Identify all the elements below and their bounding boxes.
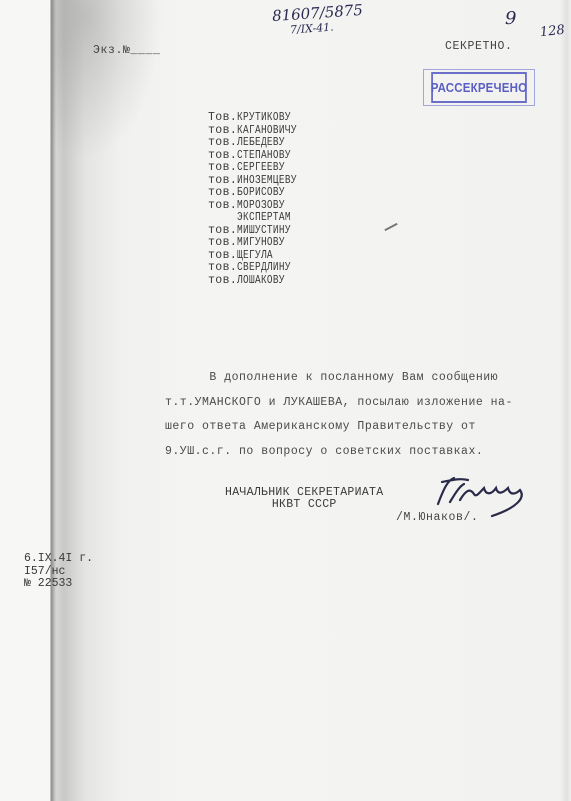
recipient-prefix: тов. <box>208 224 237 237</box>
recipient-row: тов.ЛОШАКОВУ <box>208 275 310 288</box>
recipient-name: ЛОШАКОВУ <box>237 275 285 288</box>
signatory-title: НАЧАЛЬНИК СЕКРЕТАРИАТА НКВТ СССР <box>225 487 383 511</box>
scan-shadow <box>52 0 162 160</box>
footer-number: № 22533 <box>24 578 93 591</box>
classification-label: СЕКРЕТНО. <box>445 40 513 53</box>
recipient-prefix: тов. <box>208 149 237 162</box>
recipient-prefix: тов. <box>208 261 237 274</box>
recipient-prefix: тов. <box>208 236 237 249</box>
recipient-prefix: тов. <box>208 186 237 199</box>
body-line: т.т.УМАНСКОГО и ЛУКАШЕВА, посылаю изложе… <box>165 391 513 416</box>
recipient-prefix: тов. <box>208 136 237 149</box>
recipient-prefix: тов. <box>208 124 237 137</box>
recipient-prefix: тов. <box>208 161 237 174</box>
footer-date: 6.IX.4I г. <box>24 553 93 566</box>
pen-mark <box>384 223 397 231</box>
body-line: 9.УШ.с.г. по вопросу о советских поставк… <box>165 440 513 465</box>
letter-body: В дополнение к посланному Вам сообщению … <box>165 366 513 464</box>
signatory-title-line: НКВТ СССР <box>225 499 383 511</box>
recipient-prefix: Тов. <box>208 111 237 124</box>
recipient-prefix: тов. <box>208 199 237 212</box>
recipient-prefix: тов. <box>208 249 237 262</box>
declassified-stamp: РАССЕКРЕЧЕНО <box>431 72 527 103</box>
recipient-prefix: тов. <box>208 274 237 287</box>
handwritten-folio-number: 128 <box>539 23 565 41</box>
handwritten-reference-date: 7/IX-41. <box>290 20 335 36</box>
signatory-name: /М.Юнаков/. <box>396 511 479 524</box>
body-line: шего ответа Американскому Правительству … <box>165 415 513 440</box>
recipient-prefix <box>208 211 237 224</box>
document-footer: 6.IX.4I г. I57/нс № 22533 <box>24 553 93 591</box>
copy-number-label: Экз.№____ <box>93 44 161 57</box>
recipients-list: Тов.КРУТИКОВУтов.КАГАНОВИЧУтов.ЛЕБЕДЕВУт… <box>208 112 310 287</box>
document-page: 81607/5875 7/IX-41. 9 128 Экз.№____ СЕКР… <box>0 0 571 801</box>
body-line: В дополнение к посланному Вам сообщению <box>165 366 513 391</box>
recipient-prefix: тов. <box>208 174 237 187</box>
handwritten-page-number: 9 <box>505 8 516 29</box>
